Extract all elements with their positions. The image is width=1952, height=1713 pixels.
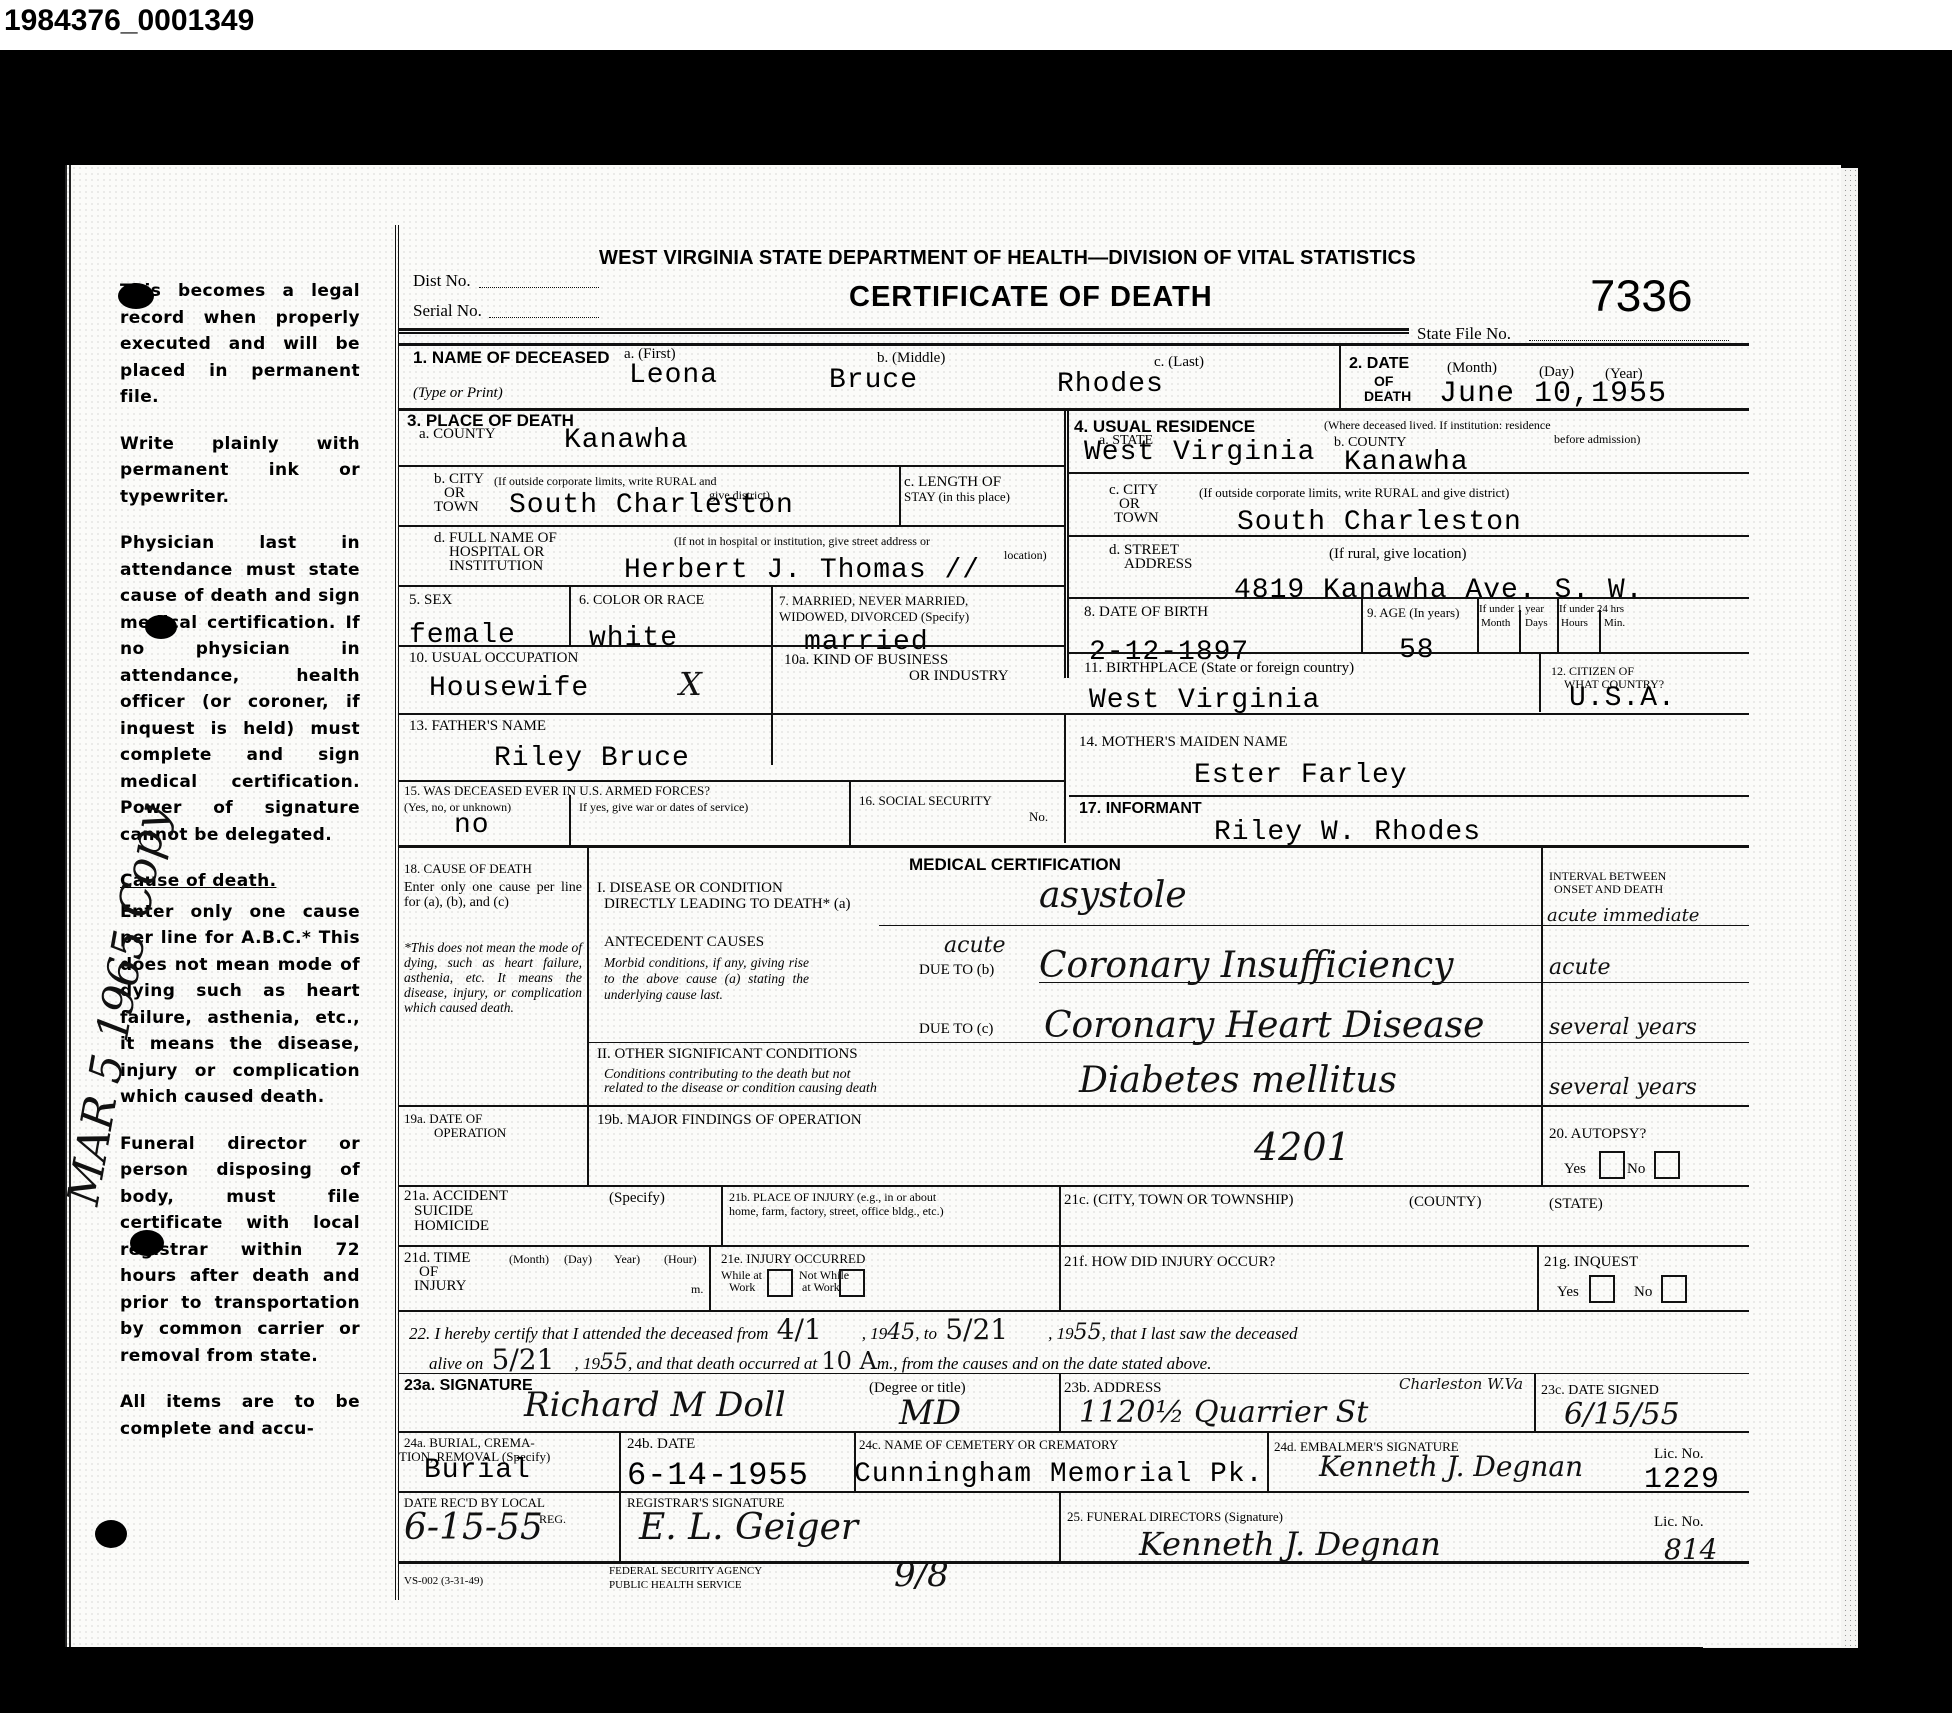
autopsy-yes-checkbox[interactable]: [1599, 1151, 1625, 1179]
dist-no-field[interactable]: [479, 287, 599, 288]
hospital-label: INSTITUTION: [449, 559, 543, 574]
autopsy-yes-label: Yes: [1564, 1162, 1586, 1177]
physician-address-city: Charleston W.Va: [1399, 1375, 1523, 1393]
local-reg-date-value[interactable]: 6-15-55: [404, 1507, 543, 1548]
year-prefix: , 19: [574, 1354, 600, 1373]
part2-note: related to the disease or condition caus…: [604, 1081, 877, 1097]
physician-address[interactable]: 1120½ Quarrier St: [1079, 1395, 1368, 1430]
part1-label: I. DISEASE OR CONDITION: [597, 881, 783, 896]
injury-county-label: (COUNTY): [1409, 1195, 1482, 1210]
hospital-note: location): [1004, 549, 1047, 561]
month-col-label: Month: [1481, 617, 1510, 629]
cause-instruction: Enter only one cause per line for (a), (…: [404, 880, 582, 910]
under-year-label: If under 1 year: [1479, 603, 1544, 615]
while-at-work-label: Work: [729, 1281, 755, 1293]
certify-line-2: alive on 5/21, 1955, and that death occu…: [429, 1352, 1211, 1372]
under-24hrs-label: If under 24 hrs: [1559, 603, 1624, 615]
footer-agency: FEDERAL SECURITY AGENCY: [609, 1565, 762, 1577]
marital-label: 7. MARRIED, NEVER MARRIED,: [779, 595, 968, 607]
death-county-label: a. COUNTY: [419, 427, 496, 442]
first-name-value[interactable]: Leona: [629, 360, 718, 391]
instruction-all-items: All items are to be complete and accu-: [120, 1389, 360, 1442]
funeral-director-label: 25. FUNERAL DIRECTORS (Signature): [1067, 1511, 1283, 1523]
how-injury-label: 21f. HOW DID INJURY OCCUR?: [1064, 1255, 1275, 1270]
attended-to-date[interactable]: 5/21: [941, 1313, 1048, 1346]
physician-address-label: 23b. ADDRESS: [1064, 1381, 1162, 1396]
disposition-date-label: 24b. DATE: [627, 1437, 695, 1452]
father-name-value[interactable]: Riley Bruce: [494, 743, 690, 774]
other-conditions-value[interactable]: Diabetes mellitus: [1079, 1060, 1397, 1101]
death-city-note: (If outside corporate limits, write RURA…: [494, 475, 717, 487]
instruction-funeral: Funeral director or person disposing of …: [120, 1131, 360, 1370]
last-seen-year[interactable]: 55: [600, 1350, 628, 1375]
min-col-label: Min.: [1604, 617, 1625, 629]
injury-year-label: Year): [614, 1253, 640, 1265]
accident-label: 21a. ACCIDENT: [404, 1189, 508, 1204]
footer-handwritten-mark: 9/8: [894, 1555, 949, 1595]
injury-place-label: 21b. PLACE OF INJURY (e.g., in or about: [729, 1191, 936, 1203]
certificate-title: CERTIFICATE OF DEATH: [849, 281, 1213, 314]
disposition-value[interactable]: Burial: [424, 1455, 531, 1486]
year-prefix: , 19: [862, 1324, 888, 1343]
agency-header: WEST VIRGINIA STATE DEPARTMENT OF HEALTH…: [599, 247, 1416, 270]
cemetery-label: 24c. NAME OF CEMETERY OR CREMATORY: [859, 1439, 1118, 1451]
dob-label: 8. DATE OF BIRTH: [1084, 605, 1208, 620]
footer-agency: PUBLIC HEALTH SERVICE: [609, 1579, 742, 1591]
image-id: 1984376_0001349: [4, 4, 254, 38]
not-at-work-label: at Work: [802, 1281, 840, 1293]
armed-forces-service-note: If yes, give war or dates of service): [579, 801, 748, 813]
street-label: ADDRESS: [1124, 557, 1192, 572]
image-label-strip: 1984376_0001349: [0, 0, 1952, 50]
date-of-death-value[interactable]: June 10,1955: [1439, 377, 1667, 411]
f4-note: before admission): [1554, 433, 1640, 445]
part2-label: II. OTHER SIGNIFICANT CONDITIONS: [597, 1047, 858, 1062]
inquest-yes-label: Yes: [1557, 1285, 1579, 1300]
certify-line-1: 22. I hereby certify that I attended the…: [409, 1322, 1298, 1342]
death-city-value[interactable]: South Charleston: [509, 490, 794, 521]
injury-city-label: 21c. (CITY, TOWN OR TOWNSHIP): [1064, 1193, 1293, 1208]
serial-no-field[interactable]: [489, 317, 599, 318]
year-prefix: , 19: [1048, 1324, 1074, 1343]
funeral-lic-label: Lic. No.: [1654, 1515, 1704, 1530]
middle-name-label: b. (Middle): [877, 351, 945, 366]
f2-label: DEATH: [1364, 388, 1411, 404]
signature-label: 23a. SIGNATURE: [404, 1377, 533, 1395]
cause-a-value[interactable]: asystole: [1039, 875, 1187, 916]
last-seen-date[interactable]: 5/21: [488, 1343, 575, 1376]
injury-place-label: home, farm, factory, street, office bldg…: [729, 1205, 944, 1217]
autopsy-no-checkbox[interactable]: [1654, 1151, 1680, 1179]
informant-value[interactable]: Riley W. Rhodes: [1214, 817, 1481, 848]
dist-no-label: Dist No.: [413, 273, 471, 288]
embalmer-lic-label: Lic. No.: [1654, 1447, 1704, 1462]
registrar-signature[interactable]: E. L. Geiger: [639, 1507, 858, 1548]
father-name-label: 13. FATHER'S NAME: [409, 719, 546, 734]
occupation-value[interactable]: Housewife: [429, 673, 589, 704]
residence-city-note: (If outside corporate limits, write RURA…: [1199, 487, 1509, 499]
accident-specify-label: (Specify): [609, 1191, 665, 1206]
hospital-note: (If not in hospital or institution, give…: [674, 535, 930, 547]
disposition-label: 24a. BURIAL, CREMA-: [404, 1437, 535, 1449]
interval-c-value[interactable]: several years: [1549, 1015, 1697, 1040]
stay-label: c. LENGTH OF: [904, 475, 1001, 490]
citizen-value[interactable]: U.S.A.: [1569, 683, 1676, 714]
serial-no-label: Serial No.: [413, 303, 482, 318]
accident-label: SUICIDE: [414, 1204, 473, 1219]
certify-text: m., from the causes and on the date stat…: [877, 1354, 1212, 1373]
inquest-label: 21g. INQUEST: [1544, 1255, 1638, 1270]
birthplace-value[interactable]: West Virginia: [1089, 685, 1320, 716]
instruction-legal-record: This becomes a legal record when properl…: [120, 278, 360, 411]
death-certificate-form: WEST VIRGINIA STATE DEPARTMENT OF HEALTH…: [395, 225, 1749, 1600]
part1-label: DIRECTLY LEADING TO DEATH* (a): [604, 897, 851, 912]
business-label: 10a. KIND OF BUSINESS: [784, 653, 948, 668]
attended-from-year[interactable]: 45: [887, 1320, 915, 1345]
date-signed-label: 23c. DATE SIGNED: [1541, 1385, 1659, 1397]
age-label: 9. AGE (In years): [1367, 607, 1459, 619]
cause-b-value[interactable]: Coronary Insufficiency: [1039, 945, 1454, 986]
interval-other-value[interactable]: several years: [1549, 1075, 1697, 1100]
injury-m-label: m.: [691, 1283, 703, 1295]
injury-hour-label: (Hour): [664, 1253, 697, 1265]
f2-label: OF: [1374, 373, 1393, 389]
days-col-label: Days: [1525, 617, 1548, 629]
autopsy-label: 20. AUTOPSY?: [1549, 1127, 1646, 1142]
certify-text: , that I last saw the deceased: [1102, 1324, 1298, 1343]
form-number: VS-002 (3-31-49): [404, 1575, 483, 1587]
occupation-mark: X: [679, 665, 702, 703]
cause-b-prefix: acute: [944, 933, 1005, 958]
residence-city-value[interactable]: South Charleston: [1237, 507, 1522, 538]
cemetery-value[interactable]: Cunningham Memorial Pk.: [854, 1459, 1263, 1490]
last-name-value[interactable]: Rhodes: [1057, 369, 1164, 400]
state-file-no-label: State File No.: [1417, 326, 1511, 341]
injury-occurred-label: 21e. INJURY OCCURRED: [721, 1253, 865, 1265]
street-value[interactable]: 4819 Kanawha Ave. S. W.: [1234, 575, 1643, 606]
operation-date-label: OPERATION: [434, 1127, 506, 1139]
certify-text: , and that death occurred at: [628, 1354, 817, 1373]
stay-label: STAY (in this place): [904, 491, 1010, 503]
certify-text: 22. I hereby certify that I attended the…: [409, 1324, 768, 1343]
physician-signature[interactable]: Richard M Doll: [524, 1385, 786, 1425]
business-label: OR INDUSTRY: [909, 669, 1009, 684]
punch-hole-4: [95, 1520, 127, 1548]
death-county-value[interactable]: Kanawha: [564, 425, 689, 456]
not-at-work-checkbox[interactable]: [839, 1269, 865, 1297]
hospital-value[interactable]: Herbert J. Thomas //: [624, 555, 980, 586]
instruction-physician: Physician last in attendance must state …: [120, 530, 360, 848]
cause-note: *This does not mean the mode of dying, s…: [404, 940, 582, 1015]
local-reg-label: REG.: [539, 1513, 566, 1525]
certificate-number: 7336: [1589, 273, 1691, 325]
inquest-no-label: No: [1634, 1285, 1652, 1300]
autopsy-no-label: No: [1627, 1162, 1645, 1177]
state-file-no-field[interactable]: [1529, 340, 1729, 341]
while-at-work-checkbox[interactable]: [767, 1269, 793, 1297]
interval-label: ONSET AND DEATH: [1554, 883, 1663, 895]
inquest-yes-checkbox[interactable]: [1589, 1275, 1615, 1303]
cause-of-death-label: 18. CAUSE OF DEATH: [404, 863, 532, 875]
instruction-write-plainly: Write plainly with permanent ink or type…: [120, 431, 360, 511]
last-name-label: c. (Last): [1154, 355, 1204, 370]
operation-date-label: 19a. DATE OF: [404, 1113, 482, 1125]
month-label: (Month): [1447, 361, 1497, 376]
interval-label: INTERVAL BETWEEN: [1549, 870, 1666, 882]
race-value[interactable]: white: [589, 623, 678, 654]
informant-label: 17. INFORMANT: [1079, 800, 1202, 818]
ssn-label: 16. SOCIAL SECURITY: [859, 795, 992, 807]
f1-sublabel: (Type or Print): [413, 385, 503, 401]
physician-degree[interactable]: MD: [899, 1393, 961, 1433]
f2-label: 2. DATE: [1349, 355, 1409, 373]
attended-to-year[interactable]: 55: [1074, 1320, 1102, 1345]
injury-time-label: INJURY: [414, 1279, 467, 1294]
operation-findings-value: 4201: [1254, 1125, 1351, 1169]
age-value[interactable]: 58: [1399, 635, 1435, 666]
ssn-label: No.: [1029, 811, 1048, 823]
citizen-label: 12. CITIZEN OF: [1551, 665, 1634, 677]
antecedent-note: Morbid conditions, if any, giving rise t…: [604, 955, 809, 1003]
street-note: (If rural, give location): [1329, 547, 1466, 562]
mother-name-value[interactable]: Ester Farley: [1194, 760, 1408, 791]
antecedent-label: ANTECEDENT CAUSES: [604, 935, 764, 950]
hours-col-label: Hours: [1561, 617, 1588, 629]
accident-label: HOMICIDE: [414, 1219, 489, 1234]
to-label: , to: [915, 1324, 937, 1343]
race-label: 6. COLOR OR RACE: [579, 593, 704, 608]
mother-name-label: 14. MOTHER'S MAIDEN NAME: [1079, 735, 1288, 750]
armed-forces-label: 15. WAS DECEASED EVER IN U.S. ARMED FORC…: [404, 785, 710, 797]
due-to-c-label: DUE TO (c): [919, 1022, 993, 1037]
f4-note: (Where deceased lived. If institution: r…: [1324, 419, 1551, 431]
inquest-no-checkbox[interactable]: [1661, 1275, 1687, 1303]
medical-certification-title: MEDICAL CERTIFICATION: [909, 855, 1121, 875]
injury-state-label: (STATE): [1549, 1197, 1603, 1212]
disposition-date-value[interactable]: 6-14-1955: [627, 1457, 809, 1494]
operation-findings-label: 19b. MAJOR FINDINGS OF OPERATION: [597, 1113, 862, 1128]
funeral-director-signature[interactable]: Kenneth J. Degnan: [1139, 1525, 1441, 1563]
armed-forces-value[interactable]: no: [454, 810, 490, 841]
residence-city-label: TOWN: [1114, 511, 1159, 526]
death-city-label: TOWN: [434, 500, 479, 515]
alive-on-label: alive on: [429, 1354, 483, 1373]
interval-b-value[interactable]: acute: [1549, 955, 1610, 980]
f1-label: 1. NAME OF DECEASED: [413, 348, 609, 368]
interval-a-value[interactable]: acute immediate: [1547, 905, 1699, 926]
injury-day-label: (Day): [564, 1253, 592, 1265]
sex-label: 5. SEX: [409, 593, 452, 608]
residence-state-value[interactable]: West Virginia: [1084, 437, 1315, 468]
death-time[interactable]: 10 A: [821, 1347, 877, 1375]
due-to-b-label: DUE TO (b): [919, 963, 994, 978]
date-signed-value[interactable]: 6/15/55: [1564, 1397, 1680, 1432]
cause-c-value[interactable]: Coronary Heart Disease: [1044, 1005, 1484, 1046]
attended-from-date[interactable]: 4/1: [773, 1313, 862, 1346]
occupation-label: 10. USUAL OCCUPATION: [409, 651, 578, 666]
marital-label: WIDOWED, DIVORCED (Specify): [779, 611, 969, 623]
embalmer-signature[interactable]: Kenneth J. Degnan: [1319, 1450, 1583, 1483]
injury-month-label: (Month): [509, 1253, 549, 1265]
middle-name-value[interactable]: Bruce: [829, 365, 918, 396]
birthplace-label: 11. BIRTHPLACE (State or foreign country…: [1084, 661, 1354, 676]
